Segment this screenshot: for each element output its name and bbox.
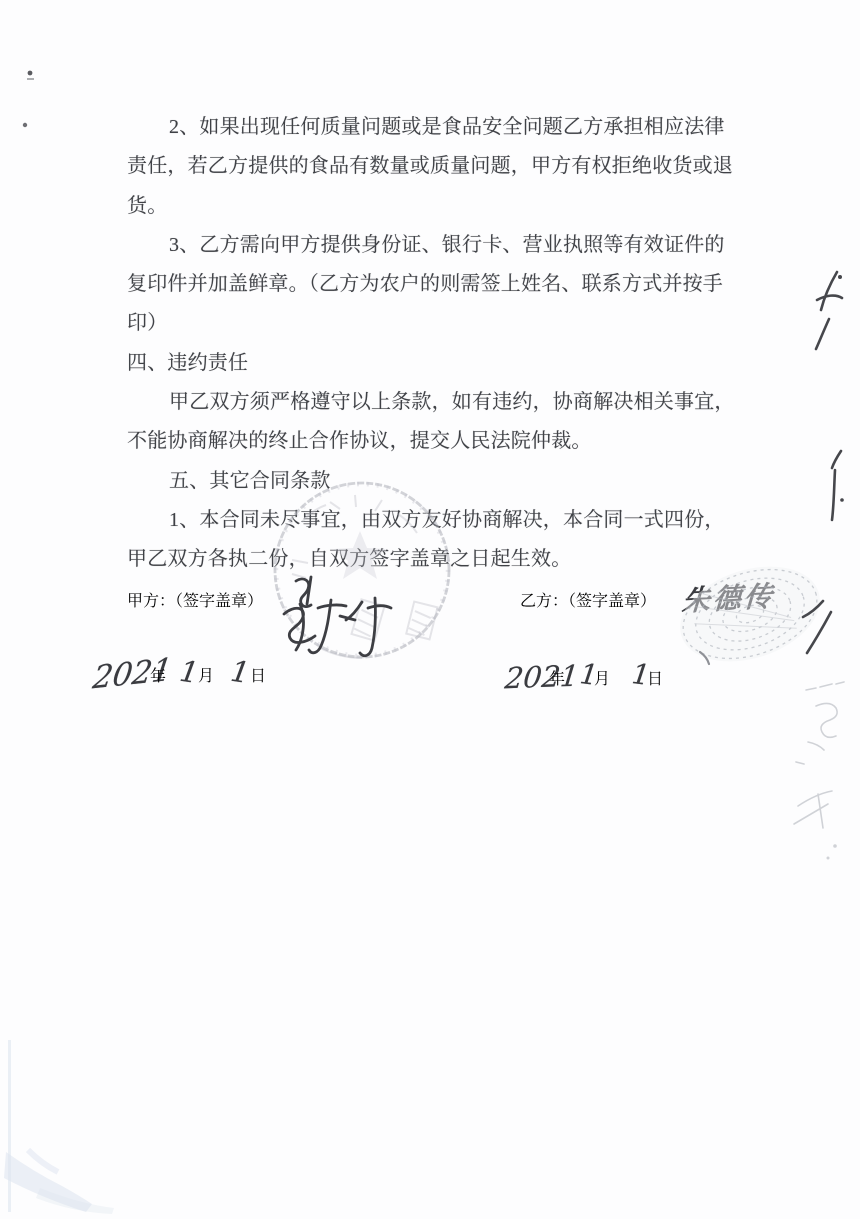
party-a-signature-handwriting	[284, 577, 391, 656]
clause-line: 复印件并加盖鲜章。（乙方为农户的则需签上姓名、联系方式并按手	[127, 265, 751, 304]
contract-body: 2、如果出现任何质量问题或是食品安全问题乙方承担相应法律 责任，若乙方提供的食品…	[127, 108, 751, 580]
clause-line: 责任，若乙方提供的食品有数量或质量问题，甲方有权拒绝收货或退	[127, 147, 751, 186]
party-a-signature-label: 甲方：（签字盖章）	[127, 588, 263, 611]
section-heading-other-terms: 五、其它合同条款	[127, 462, 751, 501]
bleedthrough-scribbles	[794, 682, 844, 860]
clause-line: 甲乙双方各执二份，自双方签字盖章之日起生效。	[127, 540, 751, 579]
clause-line: 不能协商解决的终止合作协议，提交人民法院仲裁。	[127, 422, 751, 461]
ink-tick-mark	[700, 652, 709, 664]
party-b-month-unit: 月	[594, 666, 610, 689]
party-b-signature-label: 乙方：（签字盖章）	[520, 588, 656, 611]
party-b-day-unit: 日	[647, 666, 663, 689]
margin-handwriting-fragments	[803, 272, 844, 653]
clause-line: 1、本合同未尽事宜，由双方友好协商解决，本合同一式四份，	[127, 501, 751, 540]
clause-line: 货。	[127, 187, 751, 226]
party-a-day-unit: 日	[250, 663, 266, 686]
party-b-year-unit: 年	[549, 666, 565, 689]
party-a-month-unit: 月	[198, 663, 214, 686]
party-a-year-unit: 年	[150, 663, 166, 686]
clause-line: 3、乙方需向甲方提供身份证、银行卡、营业执照等有效证件的	[127, 226, 751, 265]
ink-dots	[23, 71, 34, 128]
section-heading-breach: 四、违约责任	[127, 344, 751, 383]
party-b-handwritten-name: 朱德传	[681, 574, 776, 619]
clause-line: 甲乙双方须严格遵守以上条款，如有违约，协商解决相关事宜，	[127, 383, 751, 422]
corner-smudge	[4, 1040, 114, 1214]
party-b-date-year: 2021	[503, 659, 580, 696]
party-a-date-day: 1	[228, 654, 252, 690]
scanned-contract-page: 2、如果出现任何质量问题或是食品安全问题乙方承担相应法律 责任，若乙方提供的食品…	[0, 0, 860, 1219]
clause-line: 印）	[127, 304, 751, 343]
clause-line: 2、如果出现任何质量问题或是食品安全问题乙方承担相应法律	[127, 108, 751, 147]
